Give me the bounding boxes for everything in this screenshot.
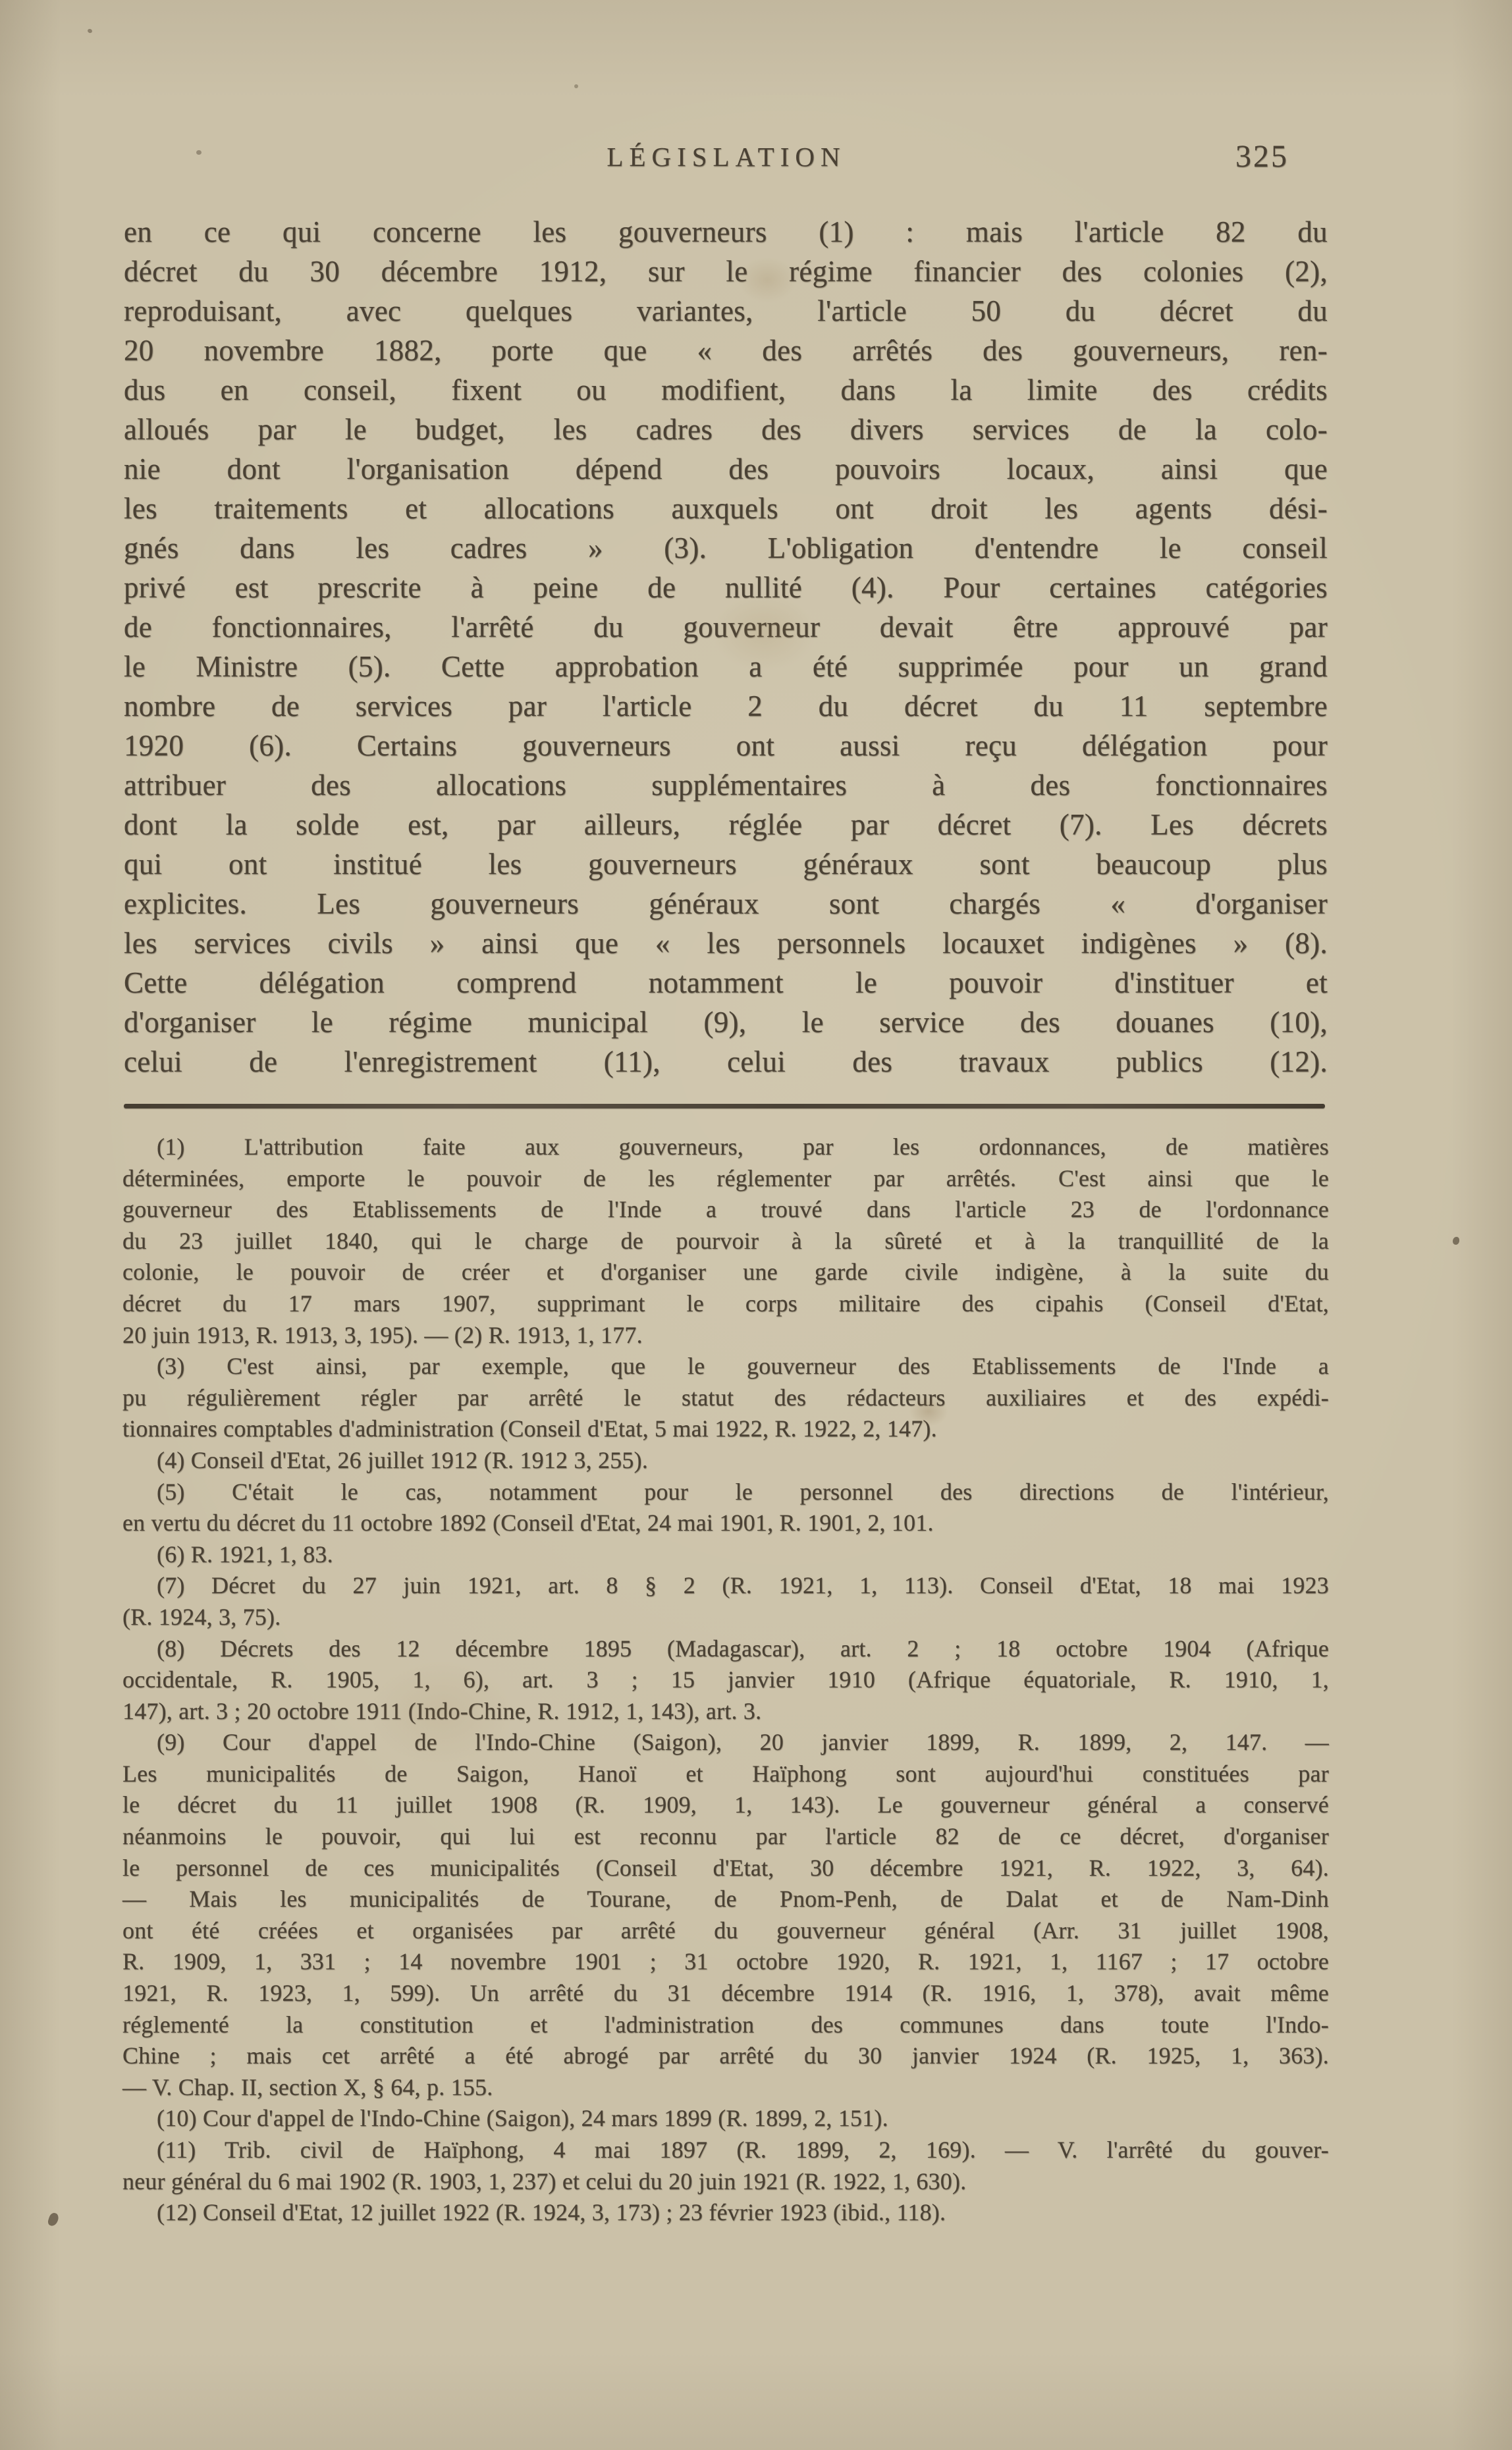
footnote-line: neur général du 6 mai 1902 (R. 1903, 1, … bbox=[122, 2166, 1329, 2198]
ink-speck bbox=[196, 150, 202, 155]
footnote-line: (12) Conseil d'Etat, 12 juillet 1922 (R.… bbox=[122, 2197, 1329, 2229]
body-line: celui de l'enregistrement (11), celui de… bbox=[124, 1042, 1328, 1081]
ink-speck bbox=[1453, 1237, 1459, 1245]
footnote-line: réglementé la constitution et l'administ… bbox=[122, 2009, 1329, 2041]
footnote-line: (9) Cour d'appel de l'Indo-Chine (Saigon… bbox=[122, 1727, 1329, 1758]
footnote-line: déterminées, emporte le pouvoir de les r… bbox=[122, 1163, 1329, 1195]
body-line: alloués par le budget, les cadres des di… bbox=[124, 410, 1328, 449]
body-line: dont la solde est, par ailleurs, réglée … bbox=[124, 805, 1328, 844]
footnote-line: (8) Décrets des 12 décembre 1895 (Madaga… bbox=[122, 1633, 1329, 1665]
footnote-line: — V. Chap. II, section X, § 64, p. 155. bbox=[122, 2072, 1329, 2104]
body-line: en ce qui concerne les gouverneurs (1) :… bbox=[124, 212, 1328, 252]
body-line: d'organiser le régime municipal (9), le … bbox=[124, 1002, 1328, 1042]
footnote-line: (11) Trib. civil de Haïphong, 4 mai 1897… bbox=[122, 2135, 1329, 2166]
body-line: reproduisant, avec quelques variantes, l… bbox=[124, 291, 1328, 331]
body-line: 1920 (6). Certains gouverneurs ont aussi… bbox=[124, 726, 1328, 765]
footnote-line: (4) Conseil d'Etat, 26 juillet 1912 (R. … bbox=[122, 1445, 1329, 1477]
footnote-line: 1921, R. 1923, 1, 599). Un arrêté du 31 … bbox=[122, 1978, 1329, 2009]
body-line: Cette délégation comprend notamment le p… bbox=[124, 963, 1328, 1002]
body-line: décret du 30 décembre 1912, sur le régim… bbox=[124, 252, 1328, 291]
footnote-line: (1) L'attribution faite aux gouverneurs,… bbox=[122, 1131, 1329, 1163]
body-line: de fonctionnaires, l'arrêté du gouverneu… bbox=[124, 607, 1328, 647]
body-line: gnés dans les cadres » (3). L'obligation… bbox=[124, 528, 1328, 568]
body-line: 20 novembre 1882, porte que « des arrêté… bbox=[124, 331, 1328, 370]
footnote-line: en vertu du décret du 11 octobre 1892 (C… bbox=[122, 1508, 1329, 1539]
footnote-line: le personnel de ces municipalités (Conse… bbox=[122, 1853, 1329, 1884]
footnote-line: du 23 juillet 1840, qui le charge de pou… bbox=[122, 1226, 1329, 1257]
ink-speck bbox=[47, 2212, 59, 2227]
body-line: le Ministre (5). Cette approbation a été… bbox=[124, 647, 1328, 686]
main-text: en ce qui concerne les gouverneurs (1) :… bbox=[124, 212, 1328, 1081]
footnote-line: (R. 1924, 3, 75). bbox=[122, 1602, 1329, 1633]
running-title: LÉGISLATION bbox=[125, 144, 1328, 171]
footnote-line: (6) R. 1921, 1, 83. bbox=[122, 1539, 1329, 1571]
body-line: attribuer des allocations supplémentaire… bbox=[124, 765, 1328, 805]
footnotes: (1) L'attribution faite aux gouverneurs,… bbox=[122, 1131, 1329, 2229]
footnote-line: (3) C'est ainsi, par exemple, que le gou… bbox=[122, 1351, 1329, 1382]
footnote-line: néanmoins le pouvoir, qui lui est reconn… bbox=[122, 1821, 1329, 1853]
page-number: 325 bbox=[1235, 141, 1289, 173]
footnote-line: 20 juin 1913, R. 1913, 3, 195). — (2) R.… bbox=[122, 1320, 1329, 1351]
footnote-line: — Mais les municipalités de Tourane, de … bbox=[122, 1884, 1329, 1915]
footnote-line: (10) Cour d'appel de l'Indo-Chine (Saigo… bbox=[122, 2103, 1329, 2135]
ink-speck bbox=[87, 28, 93, 34]
book-page: LÉGISLATION 325 en ce qui concerne les g… bbox=[0, 0, 1512, 2450]
footnote-line: gouverneur des Etablissements de l'Inde … bbox=[122, 1194, 1329, 1226]
body-line: nombre de services par l'article 2 du dé… bbox=[124, 686, 1328, 726]
footnote-line: pu régulièrement régler par arrêté le st… bbox=[122, 1382, 1329, 1414]
body-line: nie dont l'organisation dépend des pouvo… bbox=[124, 449, 1328, 489]
footnote-line: Les municipalités de Saigon, Hanoï et Ha… bbox=[122, 1758, 1329, 1790]
body-line: explicites. Les gouverneurs généraux son… bbox=[124, 884, 1328, 923]
footnote-line: Chine ; mais cet arrêté a été abrogé par… bbox=[122, 2040, 1329, 2072]
footnote-line: 147), art. 3 ; 20 octobre 1911 (Indo-Chi… bbox=[122, 1696, 1329, 1728]
body-line: les services civils » ainsi que « les pe… bbox=[124, 923, 1328, 963]
body-line: dus en conseil, fixent ou modifient, dan… bbox=[124, 370, 1328, 410]
footnote-line: (7) Décret du 27 juin 1921, art. 8 § 2 (… bbox=[122, 1570, 1329, 1602]
footnote-line: R. 1909, 1, 331 ; 14 novembre 1901 ; 31 … bbox=[122, 1946, 1329, 1978]
footnote-line: décret du 17 mars 1907, supprimant le co… bbox=[122, 1288, 1329, 1320]
footnote-line: occidentale, R. 1905, 1, 6), art. 3 ; 15… bbox=[122, 1664, 1329, 1696]
footnote-line: le décret du 11 juillet 1908 (R. 1909, 1… bbox=[122, 1789, 1329, 1821]
body-line: les traitements et allocations auxquels … bbox=[124, 489, 1328, 528]
footnote-line: tionnaires comptables d'administration (… bbox=[122, 1413, 1329, 1445]
footnote-line: (5) C'était le cas, notamment pour le pe… bbox=[122, 1477, 1329, 1508]
body-line: qui ont institué les gouverneurs générau… bbox=[124, 844, 1328, 884]
footnote-line: colonie, le pouvoir de créer et d'organi… bbox=[122, 1257, 1329, 1288]
ink-speck bbox=[574, 84, 578, 88]
footnote-line: ont été créées et organisées par arrêté … bbox=[122, 1915, 1329, 1947]
body-line: privé est prescrite à peine de nullité (… bbox=[124, 568, 1328, 607]
footnote-separator-rule bbox=[124, 1104, 1325, 1108]
